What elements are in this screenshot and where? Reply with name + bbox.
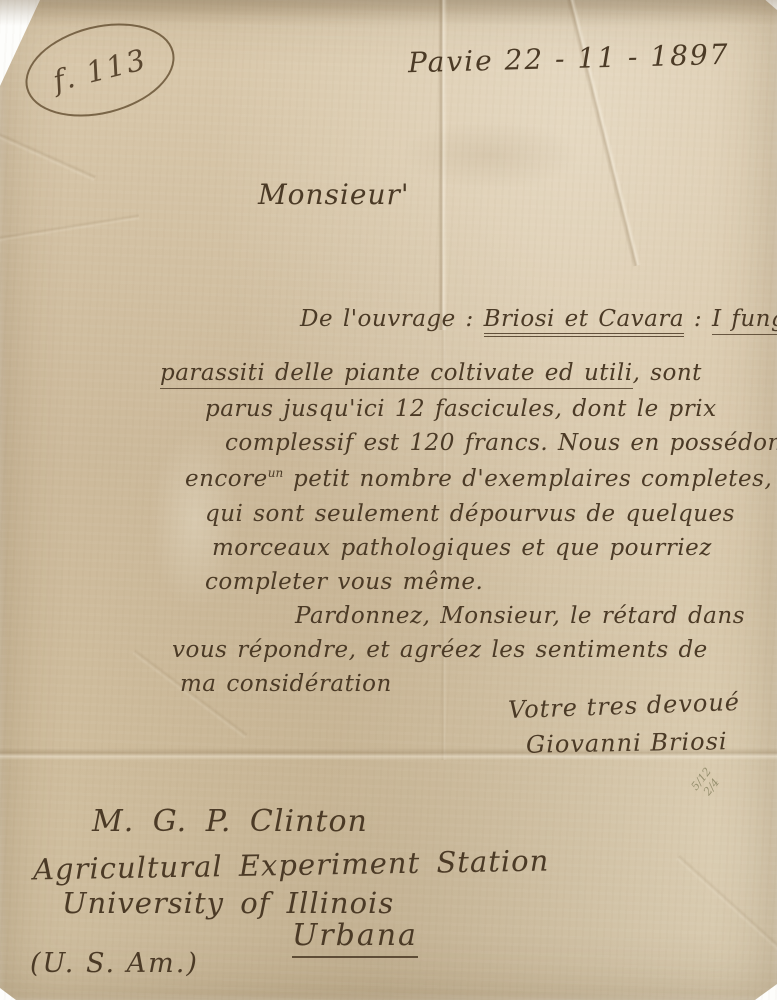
body-line-7: morceaux pathologiques et que pourriez — [212, 535, 712, 561]
paragraph2-line-2: vous répondre, et agréez les sentiments … — [172, 637, 708, 663]
body-line-5: encoreun petit nombre d'exemplaires comp… — [185, 466, 772, 492]
signature: Giovanni Briosi — [526, 727, 728, 759]
body-line-2: parassiti delle piante coltivate ed util… — [160, 360, 702, 386]
recipient-institution: University of Illinois — [62, 886, 394, 920]
recipient-country: (U. S. Am.) — [30, 948, 199, 979]
salutation: Monsieur' — [258, 178, 410, 211]
recipient-city-text: Urbana — [292, 918, 418, 958]
recipient-name: M. G. P. Clinton — [92, 804, 368, 839]
scanned-letter: f. 113 Pavie 22 - 11 - 1897 Monsieur' De… — [0, 0, 777, 1000]
body-line-3: parus jusqu'ici 12 fascicules, dont le p… — [205, 396, 717, 422]
line5-end: petit nombre d'exemplaires completes, — [293, 466, 772, 492]
work-title-part1: I funghi — [712, 306, 777, 335]
body-line-1: De l'ouvrage : Briosi et Cavara : I fung… — [300, 306, 777, 332]
line1-separator: : — [684, 306, 712, 332]
archive-number: f. 113 — [50, 42, 151, 98]
line5-inserted-word: un — [268, 466, 283, 480]
paragraph2-line-3: ma considération — [180, 671, 392, 697]
body-line-8: completer vous même. — [205, 569, 483, 595]
paragraph2-line-1: Pardonnez, Monsieur, le rétard dans — [295, 603, 745, 629]
work-authors: Briosi et Cavara — [484, 306, 684, 337]
line5-start: encore — [185, 466, 268, 492]
line1-opening: De l'ouvrage : — [300, 306, 484, 332]
recipient-city: Urbana — [292, 918, 418, 953]
line2-end: , sont — [633, 360, 702, 386]
body-line-6: qui sont seulement dépourvus de quelques — [205, 501, 735, 527]
work-title-part2: parassiti delle piante coltivate ed util… — [160, 360, 633, 389]
body-line-4: complessif est 120 francs. Nous en possé… — [225, 430, 777, 456]
